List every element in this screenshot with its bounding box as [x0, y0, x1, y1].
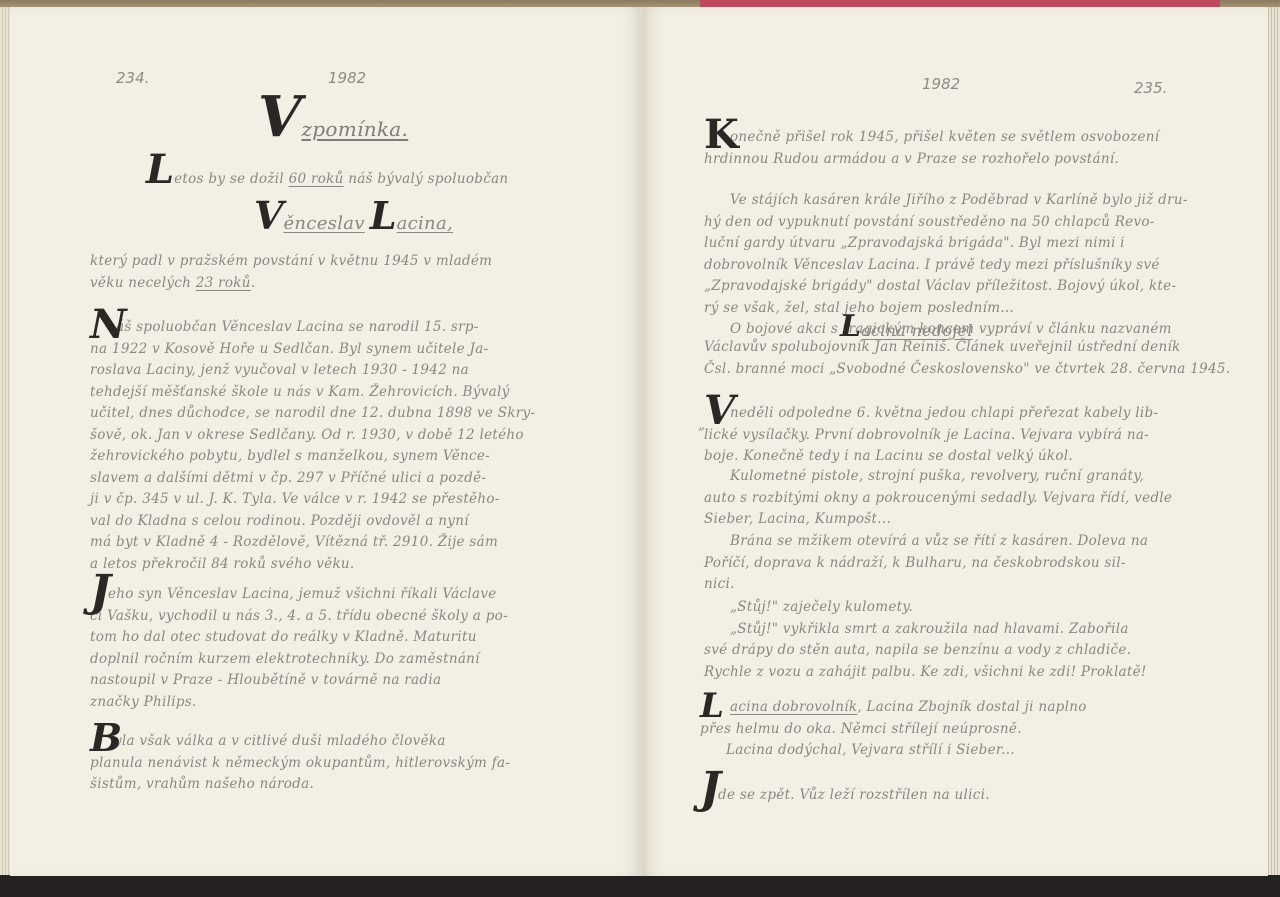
text-line: na 1922 v Kosově Hoře u Sedlčan. Byl syn… [90, 339, 610, 361]
text-line: ji v čp. 345 v ul. J. K. Tyla. Ve válce … [90, 489, 610, 511]
paragraph-initial: V [704, 391, 735, 431]
paragraph-initial: N [90, 305, 127, 345]
text-line: hý den od vypuknutí povstání soustředěno… [704, 212, 1234, 234]
text-line: áš spoluobčan Věnceslav Lacina se narodi… [90, 317, 610, 339]
text-line: značky Philips. [90, 692, 610, 714]
page-title: Vzpomínka. [258, 89, 408, 145]
text-line: , Lacina Zbojník dostal ji naplno [857, 699, 1086, 715]
subtitle-line: který padl v pražském povstání v květnu … [90, 251, 610, 273]
left-page: 234. 1982 Vzpomínka. Letos by se dožil 6… [10, 7, 642, 877]
text-line: tehdejší měšťanské škole u nás v Kam. Že… [90, 382, 610, 404]
honoree-name: Věnceslav Lacina, [254, 197, 453, 235]
page-stack-right [1266, 7, 1280, 875]
page-number-right: 235. [1134, 79, 1167, 97]
text-line: dobrovolník Věnceslav Lacina. I právě te… [704, 255, 1234, 277]
paragraph-quote-start: „ V neděli odpoledne 6. května jedou chl… [698, 391, 1228, 468]
paragraph-halt: „Stůj!" zaječely kulomety. „Stůj!" vykři… [704, 597, 1234, 683]
year-left: 1982 [328, 69, 366, 87]
text-line: Sieber, Lacina, Kumpošt... [704, 509, 1234, 531]
paragraph-ending: J de se zpět. Vůz leží rozstřílen na uli… [700, 767, 1230, 807]
text-line: „Zpravodajské brigády" dostal Václav pří… [704, 276, 1234, 298]
text-line: luční gardy útvaru „Zpravodajská brigáda… [704, 233, 1234, 255]
name-initial-1: V [254, 193, 283, 238]
text-line: Ve stájích kasáren krále Jiřího z Poděbr… [704, 190, 1234, 212]
paragraph-liberation: K onečně přišel rok 1945, přišel květen … [704, 115, 1224, 170]
text-line: přes helmu do oka. Němci střílejí neúpro… [700, 719, 1230, 741]
intro-initial: L [146, 146, 174, 193]
paragraph-volunteer: L acina dobrovolník, Lacina Zbojník dost… [700, 689, 1230, 762]
title-initial: V [258, 84, 301, 150]
text-line: nastoupil v Praze - Hloubětíně v továrně… [90, 670, 610, 692]
name-rest-1: ěnceslav [283, 213, 364, 234]
paragraph-war: B yla však válka a v citlivé duši mladéh… [90, 719, 610, 796]
underlined-phrase: acina dobrovolník [730, 699, 857, 715]
text-line: Brána se mžikem otevírá a vůz se řítí z … [704, 531, 1234, 553]
paragraph-initial: J [90, 570, 111, 614]
text-line: eho syn Věnceslav Lacina, jemuž všichni … [90, 584, 610, 606]
subtitle-end: . [251, 275, 256, 291]
paragraph-birth: N áš spoluobčan Věnceslav Lacina se naro… [90, 305, 610, 575]
text-line: Čsl. branné moci „Svobodné Československ… [704, 359, 1234, 381]
subtitle-text: věku necelých [90, 275, 196, 291]
text-line: učitel, dnes důchodce, se narodil dne 12… [90, 403, 610, 425]
page-number-left: 234. [116, 69, 149, 87]
text-line: auto s rozbitými okny a pokroucenými sed… [704, 488, 1234, 510]
text-line: žehrovického pobytu, bydlel s manželkou,… [90, 446, 610, 468]
intro-text-after: náš bývalý spoluobčan [344, 171, 509, 187]
intro-text: etos by se dožil [174, 171, 288, 187]
text-line: slavem a dalšími dětmi v čp. 297 v Příčn… [90, 468, 610, 490]
subtitle-underlined: 23 roků [196, 275, 251, 291]
paragraph-initial: K [704, 115, 739, 155]
paragraph-initial: B [90, 719, 122, 757]
text-line: šistům, vrahům našeho národa. [90, 774, 610, 796]
right-page: 1982 235. K onečně přišel rok 1945, přiš… [642, 7, 1268, 877]
text-line: či Vašku, vychodil u nás 3., 4. a 5. tří… [90, 606, 610, 628]
title-rest: zpomínka. [301, 117, 408, 141]
text-line: šově, ok. Jan v okrese Sedlčany. Od r. 1… [90, 425, 610, 447]
text-line: Lacina dodýchal, Vejvara střílí i Sieber… [700, 740, 1230, 762]
text-line: tom ho dal otec studovat do reálky v Kla… [90, 627, 610, 649]
year-right: 1982 [922, 75, 960, 93]
text-line: Václavův spolubojovník Jan Reiniš. Článe… [704, 337, 1234, 359]
paragraph-initial: J [700, 767, 721, 811]
paragraph-son: J eho syn Věnceslav Lacina, jemuž všichn… [90, 570, 610, 713]
name-initial-2: L [370, 193, 397, 238]
subtitle-line: věku necelých 23 roků. [90, 273, 610, 295]
table-surface [0, 876, 1280, 897]
text-line: Kulometné pistole, strojní puška, revolv… [704, 466, 1234, 488]
text-line: nici. [704, 574, 1234, 596]
text-line: roslava Laciny, jenž vyučoval v letech 1… [90, 360, 610, 382]
text-line: boje. Konečně tedy i na Lacinu se dostal… [704, 446, 1228, 468]
text-line: val do Kladna s celou rodinou. Později o… [90, 511, 610, 533]
text-line: neděli odpoledne 6. května jedou chlapi … [704, 403, 1228, 425]
text-line: hrdinnou Rudou armádou a v Praze se rozh… [704, 149, 1224, 171]
text-line: své drápy do stěn auta, napila se benzín… [704, 640, 1234, 662]
text-line: lické vysílačky. První dobrovolník je La… [704, 425, 1228, 447]
text-line: onečně přišel rok 1945, přišel květen se… [704, 127, 1224, 149]
text-line: yla však válka a v citlivé duši mladého … [90, 731, 610, 753]
intro-line: Letos by se dožil 60 roků náš bývalý spo… [146, 150, 508, 191]
name-rest-2: acina, [397, 213, 453, 234]
paragraph-article-source: Václavův spolubojovník Jan Reiniš. Článe… [704, 337, 1234, 380]
paragraph-gate: Brána se mžikem otevírá a vůz se řítí z … [704, 531, 1234, 596]
text-line: „Stůj!" vykřikla smrt a zakroužila nad h… [704, 619, 1234, 641]
text-line: „Stůj!" zaječely kulomety. [704, 597, 1234, 619]
text-line: doplnil ročním kurzem elektrotechniky. D… [90, 649, 610, 671]
text-line: planula nenávist k německým okupantům, h… [90, 753, 610, 775]
paragraph-weapons: Kulometné pistole, strojní puška, revolv… [704, 466, 1234, 531]
text-line: Rychle z vozu a zahájit palbu. Ke zdi, v… [704, 662, 1234, 684]
text-line: má byt v Kladně 4 - Rozdělově, Vítězná t… [90, 532, 610, 554]
text-line: de se zpět. Vůz leží rozstřílen na ulici… [700, 785, 1230, 807]
subtitle: který padl v pražském povstání v květnu … [90, 251, 610, 294]
text-line: Poříčí, doprava k nádraží, k Bulharu, na… [704, 553, 1234, 575]
intro-underlined: 60 roků [289, 171, 344, 187]
paragraph-initial: L [700, 689, 724, 723]
